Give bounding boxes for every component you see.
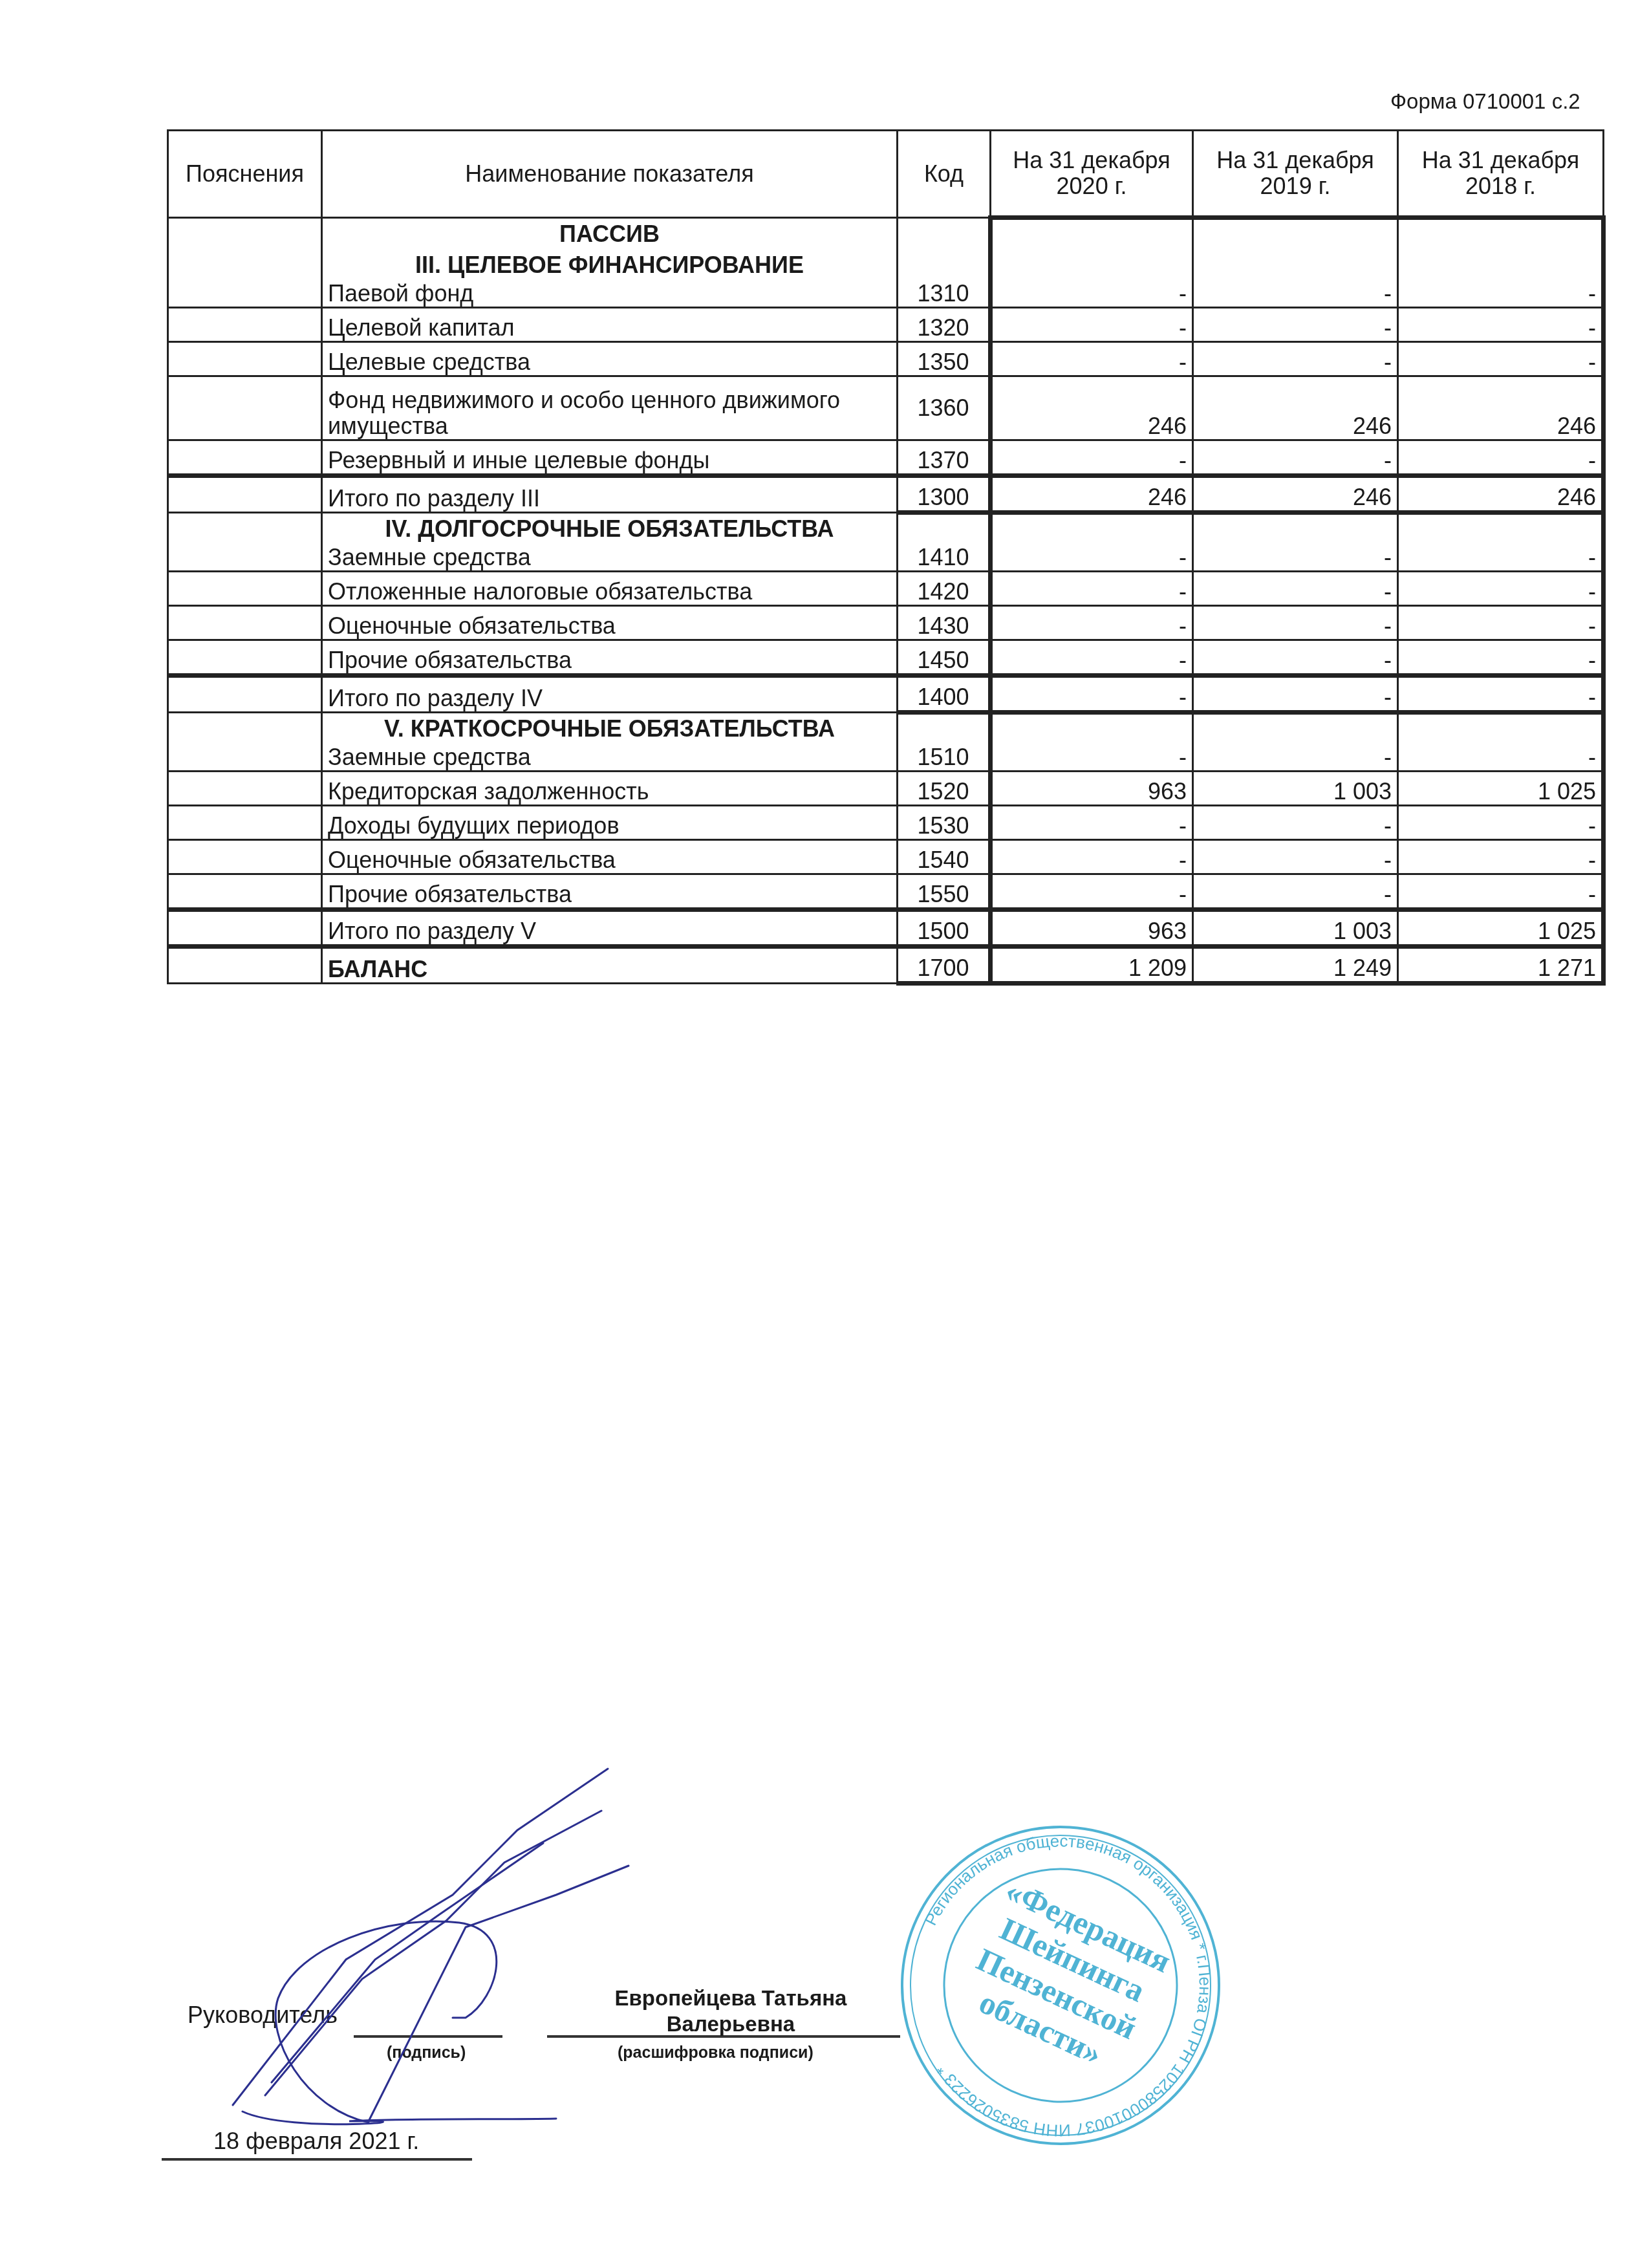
signature-line — [354, 2035, 502, 2038]
value-2018: - — [1398, 840, 1604, 874]
stamp-ring-text: Региональная общественная организация * … — [855, 1780, 1266, 2192]
indicator-label: Оценочные обязательства — [328, 847, 616, 873]
indicator-code: 1530 — [898, 806, 991, 840]
table-row: ПАССИВIII. ЦЕЛЕВОЕ ФИНАНСИРОВАНИЕПаевой … — [168, 218, 1604, 308]
table-row: Отложенные налоговые обязательства1420--… — [168, 572, 1604, 606]
value-2019: 1 003 — [1193, 910, 1398, 947]
value-2019: - — [1193, 572, 1398, 606]
table-row: Прочие обязательства1450--- — [168, 640, 1604, 676]
explanation-cell — [168, 606, 322, 640]
value-2018: - — [1398, 806, 1604, 840]
table-row: Оценочные обязательства1540--- — [168, 840, 1604, 874]
header-code: Код — [898, 131, 991, 218]
indicator-label: Оценочные обязательства — [328, 612, 616, 639]
table-header-row: Пояснения Наименование показателя Код На… — [168, 131, 1604, 218]
explanation-cell — [168, 476, 322, 513]
total-code: 1400 — [898, 676, 991, 713]
balance-sheet-table: Пояснения Наименование показателя Код На… — [167, 129, 1606, 986]
indicator-code: 1360 — [898, 376, 991, 440]
value-2018: 246 — [1398, 376, 1604, 440]
value-2020: 963 — [991, 772, 1193, 806]
header-2018: На 31 декабря 2018 г. — [1398, 131, 1604, 218]
indicator-name: Кредиторская задолженность — [322, 772, 898, 806]
value-2019: - — [1193, 342, 1398, 376]
indicator-name: Оценочные обязательства — [322, 606, 898, 640]
value-2019: - — [1193, 806, 1398, 840]
indicator-code: 1350 — [898, 342, 991, 376]
indicator-name: Целевой капитал — [322, 308, 898, 342]
table-row: V. КРАТКОСРОЧНЫЕ ОБЯЗАТЕЛЬСТВАЗаемные ср… — [168, 713, 1604, 772]
section-total-row: Итого по разделу III1300246246246 — [168, 476, 1604, 513]
value-2020: - — [991, 606, 1193, 640]
svg-text:Региональная общественная орга: Региональная общественная организация * … — [855, 1780, 1266, 2192]
decoding-caption: (расшифровка подписи) — [618, 2044, 814, 2062]
value-2019: 246 — [1193, 476, 1398, 513]
value-2020: - — [991, 218, 1193, 308]
indicator-code: 1310 — [898, 218, 991, 308]
explanation-cell — [168, 874, 322, 910]
value-2020: 1 209 — [991, 947, 1193, 984]
explanation-cell — [168, 910, 322, 947]
value-2018: 1 271 — [1398, 947, 1604, 984]
value-2018: - — [1398, 713, 1604, 772]
value-2020: - — [991, 440, 1193, 476]
signer-name-line2: Валерьевна — [569, 2011, 892, 2037]
stamp-center-line: Шейпинга — [995, 1910, 1150, 2009]
explanation-cell — [168, 947, 322, 984]
value-2019: - — [1193, 676, 1398, 713]
stamp-center-line: «Федерация — [1000, 1872, 1176, 1980]
value-2018: 1 025 — [1398, 910, 1604, 947]
indicator-name: ПАССИВIII. ЦЕЛЕВОЕ ФИНАНСИРОВАНИЕПаевой … — [322, 218, 898, 308]
value-2020: 246 — [991, 476, 1193, 513]
value-2020: - — [991, 308, 1193, 342]
value-2019: 1 003 — [1193, 772, 1398, 806]
indicator-code: 1540 — [898, 840, 991, 874]
table-row: IV. ДОЛГОСРОЧНЫЕ ОБЯЗАТЕЛЬСТВАЗаемные ср… — [168, 513, 1604, 572]
balance-label: БАЛАНС — [322, 947, 898, 984]
section-heading: V. КРАТКОСРОЧНЫЕ ОБЯЗАТЕЛЬСТВА — [328, 713, 891, 744]
value-2020: - — [991, 676, 1193, 713]
indicator-name: Прочие обязательства — [322, 874, 898, 910]
indicator-label: Целевой капитал — [328, 314, 515, 341]
table-row: Фонд недвижимого и особо ценного движимо… — [168, 376, 1604, 440]
indicator-code: 1510 — [898, 713, 991, 772]
table-row: Целевой капитал1320--- — [168, 308, 1604, 342]
indicator-label: Доходы будущих периодов — [328, 812, 620, 839]
indicator-code: 1420 — [898, 572, 991, 606]
table-row: Резервный и иные целевые фонды1370--- — [168, 440, 1604, 476]
value-2020: - — [991, 572, 1193, 606]
table-row: Кредиторская задолженность15209631 0031 … — [168, 772, 1604, 806]
explanation-cell — [168, 713, 322, 772]
table-row: Оценочные обязательства1430--- — [168, 606, 1604, 640]
explanation-cell — [168, 513, 322, 572]
indicator-code: 1320 — [898, 308, 991, 342]
indicator-name: Доходы будущих периодов — [322, 806, 898, 840]
date-line — [162, 2158, 472, 2161]
indicator-code: 1550 — [898, 874, 991, 910]
indicator-label: Заемные средства — [328, 744, 531, 770]
indicator-name: IV. ДОЛГОСРОЧНЫЕ ОБЯЗАТЕЛЬСТВАЗаемные ср… — [322, 513, 898, 572]
section-heading: III. ЦЕЛЕВОЕ ФИНАНСИРОВАНИЕ — [328, 250, 891, 281]
value-2020: - — [991, 874, 1193, 910]
header-indicator: Наименование показателя — [322, 131, 898, 218]
total-label: Итого по разделу III — [322, 476, 898, 513]
explanation-cell — [168, 376, 322, 440]
value-2020: - — [991, 640, 1193, 676]
value-2020: - — [991, 840, 1193, 874]
value-2018: 1 025 — [1398, 772, 1604, 806]
indicator-code: 1410 — [898, 513, 991, 572]
indicator-code: 1450 — [898, 640, 991, 676]
indicator-label: Кредиторская задолженность — [328, 778, 649, 805]
value-2019: - — [1193, 874, 1398, 910]
value-2018: - — [1398, 606, 1604, 640]
value-2019: - — [1193, 308, 1398, 342]
explanation-cell — [168, 218, 322, 308]
value-2019: - — [1193, 640, 1398, 676]
stamp-center-line: Пензенской — [971, 1941, 1142, 2046]
value-2019: - — [1193, 513, 1398, 572]
value-2020: - — [991, 806, 1193, 840]
indicator-label: Резервный и иные целевые фонды — [328, 447, 709, 473]
value-2018: - — [1398, 874, 1604, 910]
indicator-label: Паевой фонд — [328, 280, 473, 307]
indicator-name: Резервный и иные целевые фонды — [322, 440, 898, 476]
indicator-label: Прочие обязательства — [328, 881, 572, 907]
indicator-name: Фонд недвижимого и особо ценного движимо… — [322, 376, 898, 440]
explanation-cell — [168, 572, 322, 606]
form-id: Форма 0710001 с.2 — [1390, 89, 1580, 114]
table-row: Доходы будущих периодов1530--- — [168, 806, 1604, 840]
value-2019: - — [1193, 840, 1398, 874]
explanation-cell — [168, 342, 322, 376]
explanation-cell — [168, 308, 322, 342]
value-2020: - — [991, 342, 1193, 376]
total-code: 1300 — [898, 476, 991, 513]
indicator-label: Прочие обязательства — [328, 647, 572, 673]
indicator-label: Отложенные налоговые обязательства — [328, 578, 752, 605]
indicator-label: Фонд недвижимого и особо ценного движимо… — [328, 387, 840, 439]
value-2020: - — [991, 513, 1193, 572]
header-2019: На 31 декабря 2019 г. — [1193, 131, 1398, 218]
total-code: 1500 — [898, 910, 991, 947]
indicator-name: V. КРАТКОСРОЧНЫЕ ОБЯЗАТЕЛЬСТВАЗаемные ср… — [322, 713, 898, 772]
signer-name-line1: Европейцева Татьяна — [569, 1985, 892, 2011]
value-2018: 246 — [1398, 476, 1604, 513]
value-2018: - — [1398, 513, 1604, 572]
indicator-name: Целевые средства — [322, 342, 898, 376]
indicator-code: 1430 — [898, 606, 991, 640]
signer-name: Европейцева Татьяна Валерьевна — [569, 1985, 892, 2037]
header-2020: На 31 декабря 2020 г. — [991, 131, 1193, 218]
value-2019: - — [1193, 218, 1398, 308]
explanation-cell — [168, 440, 322, 476]
value-2018: - — [1398, 572, 1604, 606]
value-2018: - — [1398, 640, 1604, 676]
total-label: Итого по разделу V — [322, 910, 898, 947]
value-2018: - — [1398, 676, 1604, 713]
value-2019: - — [1193, 440, 1398, 476]
explanation-cell — [168, 806, 322, 840]
indicator-name: Оценочные обязательства — [322, 840, 898, 874]
value-2020: - — [991, 713, 1193, 772]
section-heading: IV. ДОЛГОСРОЧНЫЕ ОБЯЗАТЕЛЬСТВА — [328, 513, 891, 545]
table-row: Прочие обязательства1550--- — [168, 874, 1604, 910]
value-2018: - — [1398, 440, 1604, 476]
value-2020: 963 — [991, 910, 1193, 947]
indicator-code: 1370 — [898, 440, 991, 476]
indicator-name: Отложенные налоговые обязательства — [322, 572, 898, 606]
section-total-row: Итого по разделу IV1400--- — [168, 676, 1604, 713]
signer-role: Руководитель — [188, 2002, 338, 2029]
explanation-cell — [168, 640, 322, 676]
explanation-cell — [168, 772, 322, 806]
signing-date: 18 февраля 2021 г. — [213, 2128, 419, 2155]
indicator-label: Целевые средства — [328, 349, 530, 375]
value-2018: - — [1398, 342, 1604, 376]
value-2018: - — [1398, 218, 1604, 308]
header-explanations: Пояснения — [168, 131, 322, 218]
value-2019: 1 249 — [1193, 947, 1398, 984]
table-body: ПАССИВIII. ЦЕЛЕВОЕ ФИНАНСИРОВАНИЕПаевой … — [168, 218, 1604, 984]
indicator-code: 1520 — [898, 772, 991, 806]
value-2019: - — [1193, 606, 1398, 640]
value-2019: - — [1193, 713, 1398, 772]
stamp-center-line: области» — [974, 1983, 1108, 2071]
section-total-row: Итого по разделу V15009631 0031 025 — [168, 910, 1604, 947]
balance-row: БАЛАНС17001 2091 2491 271 — [168, 947, 1604, 984]
value-2020: 246 — [991, 376, 1193, 440]
table-row: Целевые средства1350--- — [168, 342, 1604, 376]
value-2018: - — [1398, 308, 1604, 342]
balance-code: 1700 — [898, 947, 991, 984]
total-label: Итого по разделу IV — [322, 676, 898, 713]
signature-caption: (подпись) — [387, 2044, 466, 2062]
explanation-cell — [168, 840, 322, 874]
liabilities-title: ПАССИВ — [328, 219, 891, 250]
indicator-name: Прочие обязательства — [322, 640, 898, 676]
value-2019: 246 — [1193, 376, 1398, 440]
indicator-label: Заемные средства — [328, 544, 531, 570]
explanation-cell — [168, 676, 322, 713]
